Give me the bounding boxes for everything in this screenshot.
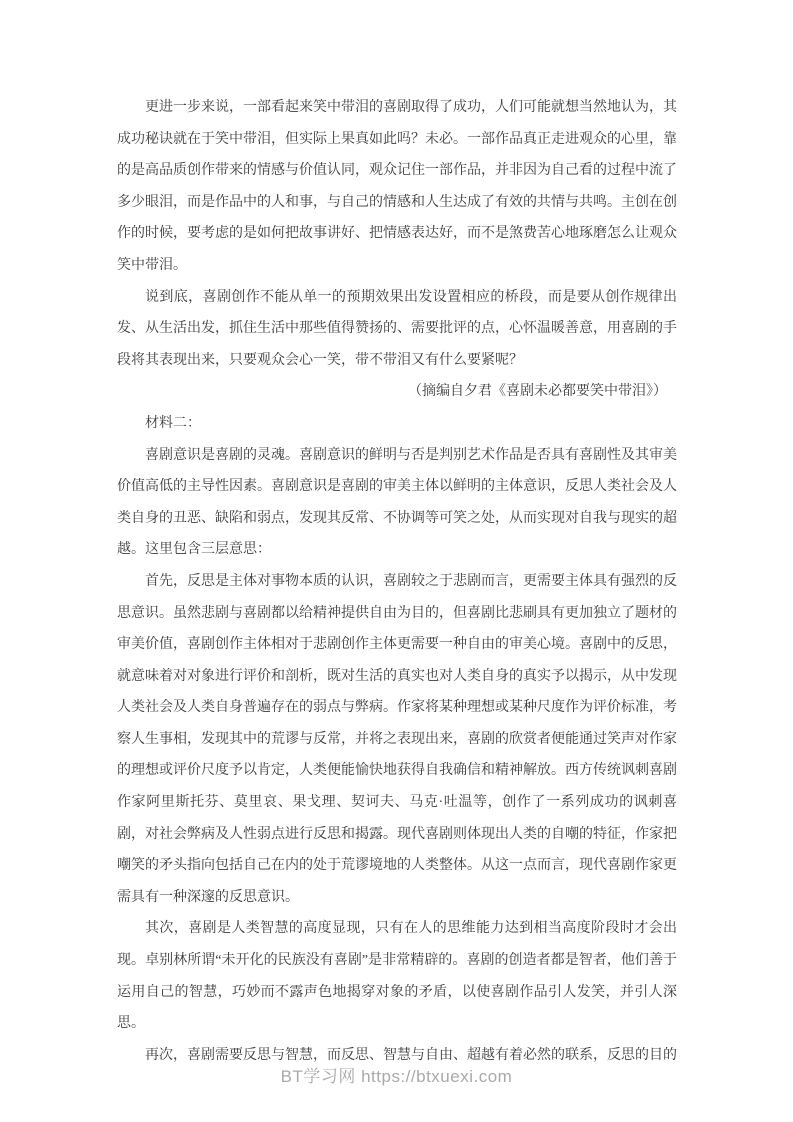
reading-passage: 更进一步来说，一部看起来笑中带泪的喜剧取得了成功，人们可能就想当然地认为，其成功… xyxy=(117,92,677,1071)
document-page: 更进一步来说，一部看起来笑中带泪的喜剧取得了成功，人们可能就想当然地认为，其成功… xyxy=(0,0,793,1122)
material-two-label: 材料二： xyxy=(117,408,677,440)
paragraph-comedy-consciousness: 喜剧意识是喜剧的灵魂。喜剧意识的鲜明与否是判别艺术作品是否具有喜剧性及其审美价值… xyxy=(117,440,677,566)
paragraph-comedy-creation: 说到底，喜剧创作不能从单一的预期效果出发设置相应的桥段，而是要从创作规律出发、从… xyxy=(117,282,677,377)
paragraph-second-point: 其次，喜剧是人类智慧的高度显现，只有在人的思维能力达到相当高度阶段时才会出现。卓… xyxy=(117,913,677,1039)
watermark: BT学习网 https://btxuexi.com xyxy=(0,1062,793,1087)
attribution-line: （摘编自夕君《喜剧未必都要笑中带泪》） xyxy=(117,376,677,408)
paragraph-first-point: 首先，反思是主体对事物本质的认识，喜剧较之于悲剧而言，更需要主体具有强烈的反思意… xyxy=(117,566,677,914)
paragraph-comedy-success: 更进一步来说，一部看起来笑中带泪的喜剧取得了成功，人们可能就想当然地认为，其成功… xyxy=(117,92,677,282)
